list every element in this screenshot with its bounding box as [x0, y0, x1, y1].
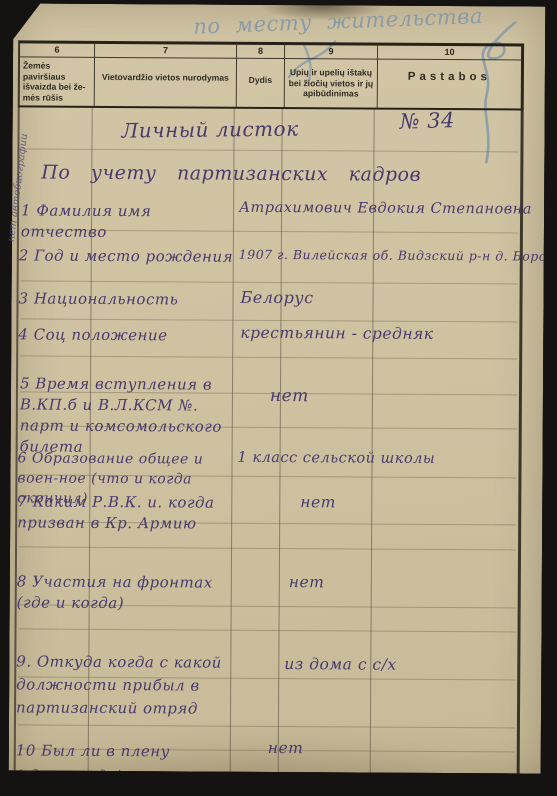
form-row-label: 3 Национальность: [18, 288, 233, 310]
column-label: Vietovardžio vietos nurodymas: [95, 58, 236, 107]
ruled-line: [20, 318, 517, 322]
form-row-label: 7 Каким Р.В.К. и. когда призван в Кр. Ар…: [17, 491, 215, 534]
form-row-value: из дома с с/х: [284, 655, 396, 674]
ruled-line: [19, 546, 516, 550]
handwritten-top-annotation: по месту жительства: [193, 4, 483, 39]
form-row-label: 2 Год и место рождения: [19, 245, 234, 267]
header-column-7: 7 Vietovardžio vietos nurodymas: [95, 44, 237, 107]
table-header: 6 Žemės paviršiaus išvaizda bei že- mės …: [18, 40, 524, 110]
column-number: 8: [237, 45, 284, 59]
form-row-value: 1 класс сельской школы: [238, 450, 436, 467]
form-title: Личный листок: [121, 117, 298, 143]
form-row-value: крестьянин - средняк: [240, 324, 433, 343]
form-row-value: Атрахимович Евдокия Степановна: [239, 200, 532, 218]
ruled-line: [18, 772, 515, 776]
table-body: № 34 Личный листок По учету партизанских…: [14, 107, 524, 783]
header-column-10: 10 Pastabos: [378, 46, 521, 109]
paper-sheet: по месту жительства 6 Žemės paviršiaus i…: [9, 3, 546, 773]
column-number: 7: [95, 44, 236, 59]
form-table: 6 Žemės paviršiaus išvaizda bei že- mės …: [14, 40, 525, 783]
header-column-8: 8 Dydis: [237, 45, 285, 107]
form-row-value: нет: [268, 739, 304, 757]
form-row-value: Белорус: [240, 288, 313, 307]
ruled-line: [18, 724, 515, 728]
form-row-label: 9. Откуда когда с какой должности прибыл…: [16, 650, 228, 720]
column-number: 10: [378, 46, 521, 61]
column-label: Pastabos: [378, 60, 521, 109]
header-column-9: 9 Upių ir upelių ištakų bei žiočių vieto…: [285, 45, 378, 108]
ruled-line: [20, 355, 517, 359]
column-number: 6: [20, 43, 94, 57]
column-number: 9: [285, 45, 377, 60]
form-row-value: нет: [270, 386, 309, 406]
ruled-line: [21, 280, 518, 284]
column-label: Upių ir upelių ištakų bei žiočių vietos …: [285, 59, 377, 108]
form-row-value: нет: [289, 573, 325, 591]
form-number-note: № 34: [399, 108, 455, 134]
scanned-document: по месту жительства 6 Žemės paviršiaus i…: [0, 0, 557, 796]
form-subtitle: По учету партизанских кадров: [41, 162, 421, 186]
form-row-label: 10 Был ли в плену (где и когда): [16, 738, 194, 789]
form-row-label: 1 Фамилия имя отчество: [21, 200, 231, 243]
form-row-value: нет: [300, 493, 336, 511]
form-row-label: 4 Соц положение: [18, 324, 233, 346]
ruled-line: [19, 628, 516, 632]
form-row-label: 8 Участия на фронтах (где и когда): [17, 571, 222, 614]
form-row-label: 5 Время вступления в В.КП.б и В.Л.КСМ №.…: [20, 373, 226, 458]
column-label: Dydis: [237, 59, 284, 107]
ruled-line: [21, 148, 518, 152]
form-row-value: 1907 г. Вилейская об. Видзский р-н д. Бо…: [239, 247, 557, 264]
